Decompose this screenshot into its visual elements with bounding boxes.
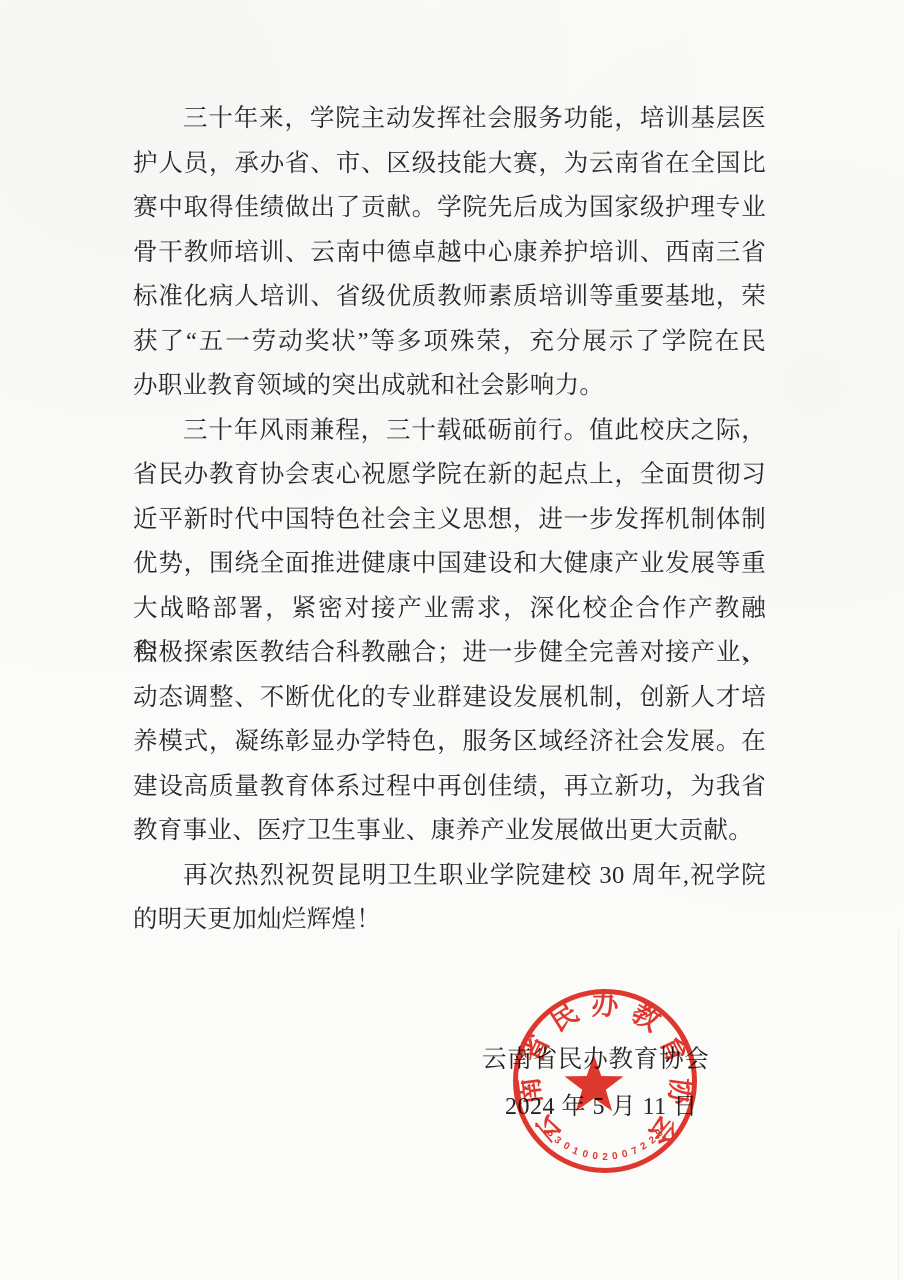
official-seal: 云南省民办教育协会 5301002007228: [513, 989, 697, 1173]
letter-line: 养模式，凝练彰显办学特色，服务区域经济社会发展。在: [133, 720, 766, 765]
seal-arc-char: 办: [592, 990, 619, 1019]
star-icon: [561, 1053, 627, 1119]
letter-line: 护人员，承办省、市、区级技能大赛，为云南省在全国比: [133, 142, 766, 187]
letter-line: 省民办教育协会衷心祝愿学院在新的起点上，全面贯彻习: [133, 453, 766, 498]
seal-number-digit: 0: [591, 1152, 598, 1163]
letter-line: 建设高质量教育体系过程中再创佳绩，再立新功，为我省: [133, 765, 766, 810]
letter-line: 优势，围绕全面推进健康中国建设和大健康产业发展等重: [133, 542, 766, 587]
letter-line: 三十年风雨兼程，三十载砥砺前行。值此校庆之际，: [133, 409, 766, 454]
letter-line: 办职业教育领域的突出成就和社会影响力。: [133, 364, 766, 409]
seal-number-digit: 0: [612, 1152, 619, 1163]
letter-line: 再次热烈祝贺昆明卫生职业学院建校 30 周年,祝学院: [133, 854, 766, 899]
letter-line: 的明天更加灿烂辉煌！: [133, 898, 766, 943]
scanned-letter-page: 三十年来，学院主动发挥社会服务功能，培训基层医护人员，承办省、市、区级技能大赛，…: [0, 0, 904, 1280]
letter-line: 获了“五一劳动奖状”等多项殊荣，充分展示了学院在民: [133, 320, 766, 365]
letter-line: 近平新时代中国特色社会主义思想，进一步发挥机制体制: [133, 498, 766, 543]
letter-line: 大战略部署，紧密对接产业需求，深化校企合作产教融合，: [133, 587, 766, 632]
letter-body: 三十年来，学院主动发挥社会服务功能，培训基层医护人员，承办省、市、区级技能大赛，…: [133, 97, 766, 943]
letter-line: 骨干教师培训、云南中德卓越中心康养护培训、西南三省: [133, 231, 766, 276]
letter-line: 三十年来，学院主动发挥社会服务功能，培训基层医: [133, 97, 766, 142]
seal-arc-char: 南: [513, 1076, 545, 1107]
letter-line: 教育事业、医疗卫生事业、康养产业发展做出更大贡献。: [133, 809, 766, 854]
letter-line: 赛中取得佳绩做出了贡献。学院先后成为国家级护理专业: [133, 186, 766, 231]
letter-line: 标准化病人培训、省级优质教师素质培训等重要基地，荣: [133, 275, 766, 320]
seal-number-digit: 2: [602, 1153, 608, 1163]
seal-arc-char: 协: [664, 1076, 696, 1107]
letter-line: 积极探索医教结合科教融合；进一步健全完善对接产业、: [133, 631, 766, 676]
letter-line: 动态调整、不断优化的专业群建设发展机制，创新人才培: [133, 676, 766, 721]
